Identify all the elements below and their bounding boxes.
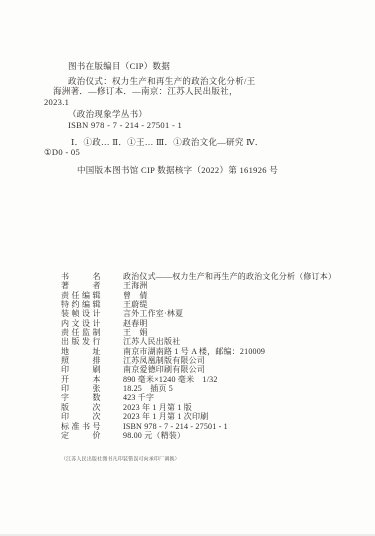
colophon-row-label: 标准书号 — [61, 422, 123, 431]
cip-isbn: ISBN 978 - 7 - 214 - 27501 - 1 — [44, 120, 341, 131]
colophon-row-label: 内文设计 — [61, 319, 123, 328]
colophon-row: 书 名政治仪式——权力生产和再生产的政治文化分析（修订本） — [61, 272, 363, 281]
colophon-row-label: 装帧设计 — [61, 309, 123, 318]
colophon-row-value: 南京市湖南路 1 号 A 楼，邮编：210009 — [123, 347, 265, 356]
cip-record-number: 中国版本图书馆 CIP 数据核字（2022）第 161926 号 — [44, 165, 341, 176]
colophon-row-value: 言外工作室·林夏 — [123, 309, 183, 318]
colophon-row-value: 98.00 元（精装） — [123, 431, 185, 440]
colophon-row-label: 著 者 — [61, 281, 123, 290]
colophon-row-value: ISBN 978 - 7 - 214 - 27501 - 1 — [123, 422, 228, 431]
colophon-row: 印 刷南京爱德印刷有限公司 — [61, 365, 363, 374]
colophon-row-value: 2023 年 1 月第 1 次印刷 — [123, 412, 208, 421]
colophon-row-label: 定 价 — [61, 431, 123, 440]
cip-classification-line-1: Ⅰ．①政… Ⅱ．①王… Ⅲ．①政治文化—研究 Ⅳ． — [44, 137, 341, 148]
colophon-row-value: 政治仪式——权力生产和再生产的政治文化分析（修订本） — [123, 272, 336, 281]
colophon-row: 字 数423 千字 — [61, 393, 363, 402]
colophon-row-value: 南京爱德印刷有限公司 — [123, 365, 205, 374]
colophon-row: 地 址南京市湖南路 1 号 A 楼，邮编：210009 — [61, 347, 363, 356]
colophon-row: 标准书号ISBN 978 - 7 - 214 - 27501 - 1 — [61, 422, 363, 431]
book-copyright-page: 图书在版编目（CIP）数据 政治仪式：权力生产和再生产的政治文化分析/王 海洲著… — [0, 0, 375, 536]
colophon-row-value: 曾 倩 — [123, 291, 148, 300]
colophon-row: 特约编辑王蔚缇 — [61, 300, 363, 309]
colophon-rows: 书 名政治仪式——权力生产和再生产的政治文化分析（修订本）著 者王海洲责任编辑曾… — [61, 272, 363, 440]
cip-entry-line-1: 政治仪式：权力生产和再生产的政治文化分析/王 — [44, 76, 341, 87]
colophon-row: 开 本890 毫米×1240 毫米 1/32 — [61, 375, 363, 384]
colophon-row-value: 2023 年 1 月第 1 版 — [123, 403, 192, 412]
colophon-row: 著 者王海洲 — [61, 281, 363, 290]
cip-heading: 图书在版编目（CIP）数据 — [44, 61, 341, 72]
colophon-row: 定 价98.00 元（精装） — [61, 431, 363, 440]
colophon-row: 内文设计赵春明 — [61, 319, 363, 328]
cip-data-block: 图书在版编目（CIP）数据 政治仪式：权力生产和再生产的政治文化分析/王 海洲著… — [44, 61, 341, 175]
colophon-row-label: 印 次 — [61, 412, 123, 421]
colophon-row: 出版发行江苏人民出版社 — [61, 337, 363, 346]
colophon-row: 版 次2023 年 1 月第 1 版 — [61, 403, 363, 412]
cip-entry-line-2: 海洲著．—修订本．—南京：江苏人民出版社， — [44, 86, 341, 97]
colophon-row: 印 次2023 年 1 月第 1 次印刷 — [61, 412, 363, 421]
colophon-row: 责任编辑曾 倩 — [61, 291, 363, 300]
colophon-row-label: 责任监制 — [61, 328, 123, 337]
colophon-row-value: 王蔚缇 — [123, 300, 148, 309]
colophon-row: 责任监制王 娟 — [61, 328, 363, 337]
cip-series-title: （政治现象学丛书） — [44, 109, 341, 120]
cip-classification-line-2: ①D0 - 05 — [44, 147, 341, 158]
colophon-row-label: 版 次 — [61, 403, 123, 412]
colophon-row-label: 特约编辑 — [61, 300, 123, 309]
colophon-row-label: 印 刷 — [61, 365, 123, 374]
colophon-row-value: 王海洲 — [123, 281, 148, 290]
colophon-row-value: 赵春明 — [123, 319, 148, 328]
colophon-row-value: 423 千字 — [123, 393, 154, 402]
colophon-row-value: 王 娟 — [123, 328, 148, 337]
colophon-row: 印 张18.25 插页 5 — [61, 384, 363, 393]
colophon-row-label: 字 数 — [61, 393, 123, 402]
colophon-row-label: 责任编辑 — [61, 291, 123, 300]
colophon-row-value: 890 毫米×1240 毫米 1/32 — [123, 375, 218, 384]
colophon-row: 装帧设计言外工作室·林夏 — [61, 309, 363, 318]
colophon-row-label: 开 本 — [61, 375, 123, 384]
colophon-row-label: 地 址 — [61, 347, 123, 356]
colophon-row: 照 排江苏凤凰制版有限公司 — [61, 356, 363, 365]
colophon-row-value: 江苏人民出版社 — [123, 337, 180, 346]
colophon-row-label: 书 名 — [61, 272, 123, 281]
colophon-row-label: 出版发行 — [61, 337, 123, 346]
reprint-exchange-note: （江苏人民出版社图书凡印装错误可向承印厂调换） — [61, 455, 180, 462]
cip-entry-line-3: 2023.1 — [44, 97, 341, 108]
